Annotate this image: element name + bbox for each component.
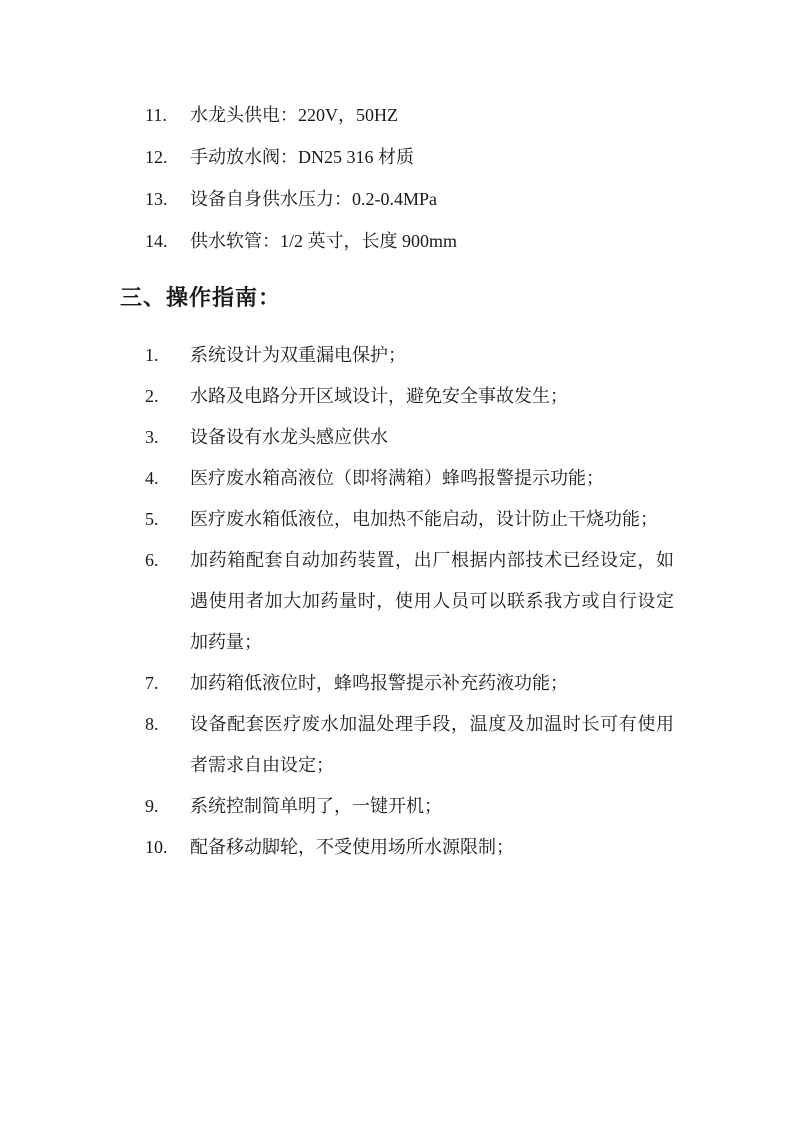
item-text: 设备自身供水压力：0.2-0.4MPa: [190, 178, 674, 220]
list-item: 8. 设备配套医疗废水加温处理手段，温度及加温时长可有使用者需求自由设定；: [122, 704, 674, 786]
item-text: 医疗废水箱高液位（即将满箱）蜂鸣报警提示功能；: [190, 458, 674, 499]
item-number: 14.: [122, 220, 190, 262]
list-item: 9. 系统控制简单明了，一键开机；: [122, 786, 674, 827]
item-number: 7.: [122, 663, 190, 704]
list-item: 5. 医疗废水箱低液位，电加热不能启动，设计防止干烧功能；: [122, 499, 674, 540]
item-text: 手动放水阀：DN25 316 材质: [190, 136, 674, 178]
list-item: 11. 水龙头供电：220V，50HZ: [122, 94, 674, 136]
item-number: 4.: [122, 458, 190, 499]
item-text: 设备配套医疗废水加温处理手段，温度及加温时长可有使用者需求自由设定；: [190, 704, 674, 786]
list-item: 4. 医疗废水箱高液位（即将满箱）蜂鸣报警提示功能；: [122, 458, 674, 499]
list-item: 2. 水路及电路分开区域设计，避免安全事故发生；: [122, 376, 674, 417]
item-number: 3.: [122, 417, 190, 458]
item-text: 水路及电路分开区域设计，避免安全事故发生；: [190, 376, 674, 417]
list-item: 3. 设备设有水龙头感应供水: [122, 417, 674, 458]
list-item: 12. 手动放水阀：DN25 316 材质: [122, 136, 674, 178]
item-text: 系统控制简单明了，一键开机；: [190, 786, 674, 827]
list-item: 13. 设备自身供水压力：0.2-0.4MPa: [122, 178, 674, 220]
spec-list: 11. 水龙头供电：220V，50HZ 12. 手动放水阀：DN25 316 材…: [122, 94, 674, 262]
list-item: 10. 配备移动脚轮，不受使用场所水源限制；: [122, 827, 674, 868]
list-item: 6. 加药箱配套自动加药装置，出厂根据内部技术已经设定，如遇使用者加大加药量时，…: [122, 540, 674, 663]
item-number: 6.: [122, 540, 190, 663]
item-number: 1.: [122, 335, 190, 376]
item-number: 2.: [122, 376, 190, 417]
item-number: 11.: [122, 94, 190, 136]
operation-list: 1. 系统设计为双重漏电保护； 2. 水路及电路分开区域设计，避免安全事故发生；…: [122, 335, 674, 868]
item-text: 加药箱低液位时，蜂鸣报警提示补充药液功能；: [190, 663, 674, 704]
item-number: 13.: [122, 178, 190, 220]
item-text: 设备设有水龙头感应供水: [190, 417, 674, 458]
item-text: 配备移动脚轮，不受使用场所水源限制；: [190, 827, 674, 868]
item-text: 医疗废水箱低液位，电加热不能启动，设计防止干烧功能；: [190, 499, 674, 540]
item-number: 8.: [122, 704, 190, 786]
document-page: 11. 水龙头供电：220V，50HZ 12. 手动放水阀：DN25 316 材…: [0, 0, 794, 1123]
item-text: 供水软管：1/2 英寸，长度 900mm: [190, 220, 674, 262]
item-text: 水龙头供电：220V，50HZ: [190, 94, 674, 136]
list-item: 1. 系统设计为双重漏电保护；: [122, 335, 674, 376]
item-number: 12.: [122, 136, 190, 178]
list-item: 7. 加药箱低液位时，蜂鸣报警提示补充药液功能；: [122, 663, 674, 704]
item-text: 加药箱配套自动加药装置，出厂根据内部技术已经设定，如遇使用者加大加药量时，使用人…: [190, 540, 674, 663]
item-text: 系统设计为双重漏电保护；: [190, 335, 674, 376]
section-heading: 三、操作指南：: [120, 282, 281, 314]
item-number: 10.: [122, 827, 190, 868]
item-number: 5.: [122, 499, 190, 540]
item-number: 9.: [122, 786, 190, 827]
list-item: 14. 供水软管：1/2 英寸，长度 900mm: [122, 220, 674, 262]
